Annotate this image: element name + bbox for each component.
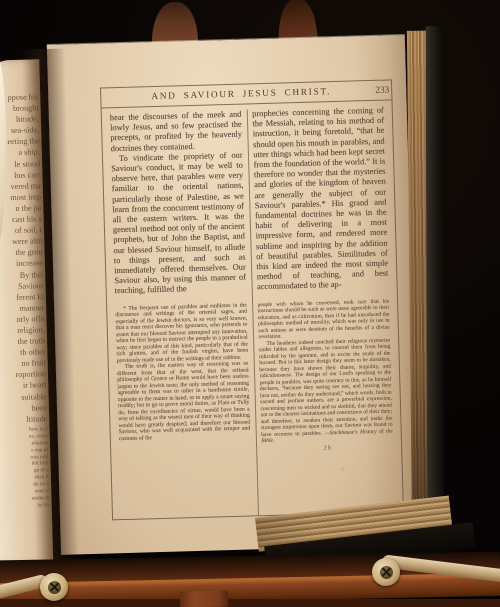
body-paragraph: hear the discourses of the meek and lowl… [110, 110, 243, 154]
body-paragraph: prophecies concerning the coming of the … [252, 106, 389, 293]
book-page: AND SAVIOUR JESUS CHRIST. 233 hear the d… [47, 35, 419, 555]
footnote-paragraph: The heathens indeed couched their religi… [259, 337, 393, 445]
stand-knob-left [40, 573, 68, 601]
header-title: AND SAVIOUR JESUS CHRIST. [131, 86, 351, 102]
page-number: 233 [351, 85, 391, 96]
text-columns: hear the discourses of the meek and lowl… [102, 100, 403, 520]
screw-icon [48, 581, 61, 594]
facing-page-footnote-fragments: how in aes, consirelations one ofwas tol… [0, 426, 50, 510]
printed-text-frame: AND SAVIOUR JESUS CHRIST. 233 hear the d… [100, 79, 404, 520]
left-column: hear the discourses of the meek and lowl… [105, 109, 258, 520]
footnote-block: * The frequent use of parables and emble… [115, 302, 250, 442]
right-column: prophecies concerning the coming of the … [247, 105, 400, 518]
facing-page-text-fragments: ppose hisbroughtltitude,sea-side,eeting … [0, 91, 47, 425]
body-paragraph: To vindicate the propriety of our Saviou… [111, 150, 247, 296]
signature-mark: 2 b [262, 443, 394, 453]
header-spacer [101, 97, 131, 98]
stand-center-post [180, 591, 228, 607]
footnote-block: people with whom he conversed, took care… [257, 298, 393, 453]
facing-page-edge: ppose hisbroughtltitude,sea-side,eeting … [0, 59, 53, 565]
footnote-paragraph: The truth is, the eastern way of reasoni… [117, 361, 251, 443]
open-book: ppose hisbroughtltitude,sea-side,eeting … [0, 0, 500, 607]
book-cover-edge [426, 26, 445, 531]
stand-knob-right [372, 558, 400, 586]
footnote-text: The heathens indeed couched their religi… [259, 337, 393, 438]
photo-scene: ppose hisbroughtltitude,sea-side,eeting … [0, 0, 500, 607]
page-fragment-line: ltitude [0, 413, 47, 426]
footnote-paragraph: people with whom he conversed, took care… [257, 298, 390, 341]
page-fragment-line: in his [0, 502, 50, 511]
screw-icon [380, 566, 393, 579]
stand-base-rail [0, 599, 500, 607]
footnote-paragraph: * The frequent use of parables and emble… [115, 302, 248, 364]
